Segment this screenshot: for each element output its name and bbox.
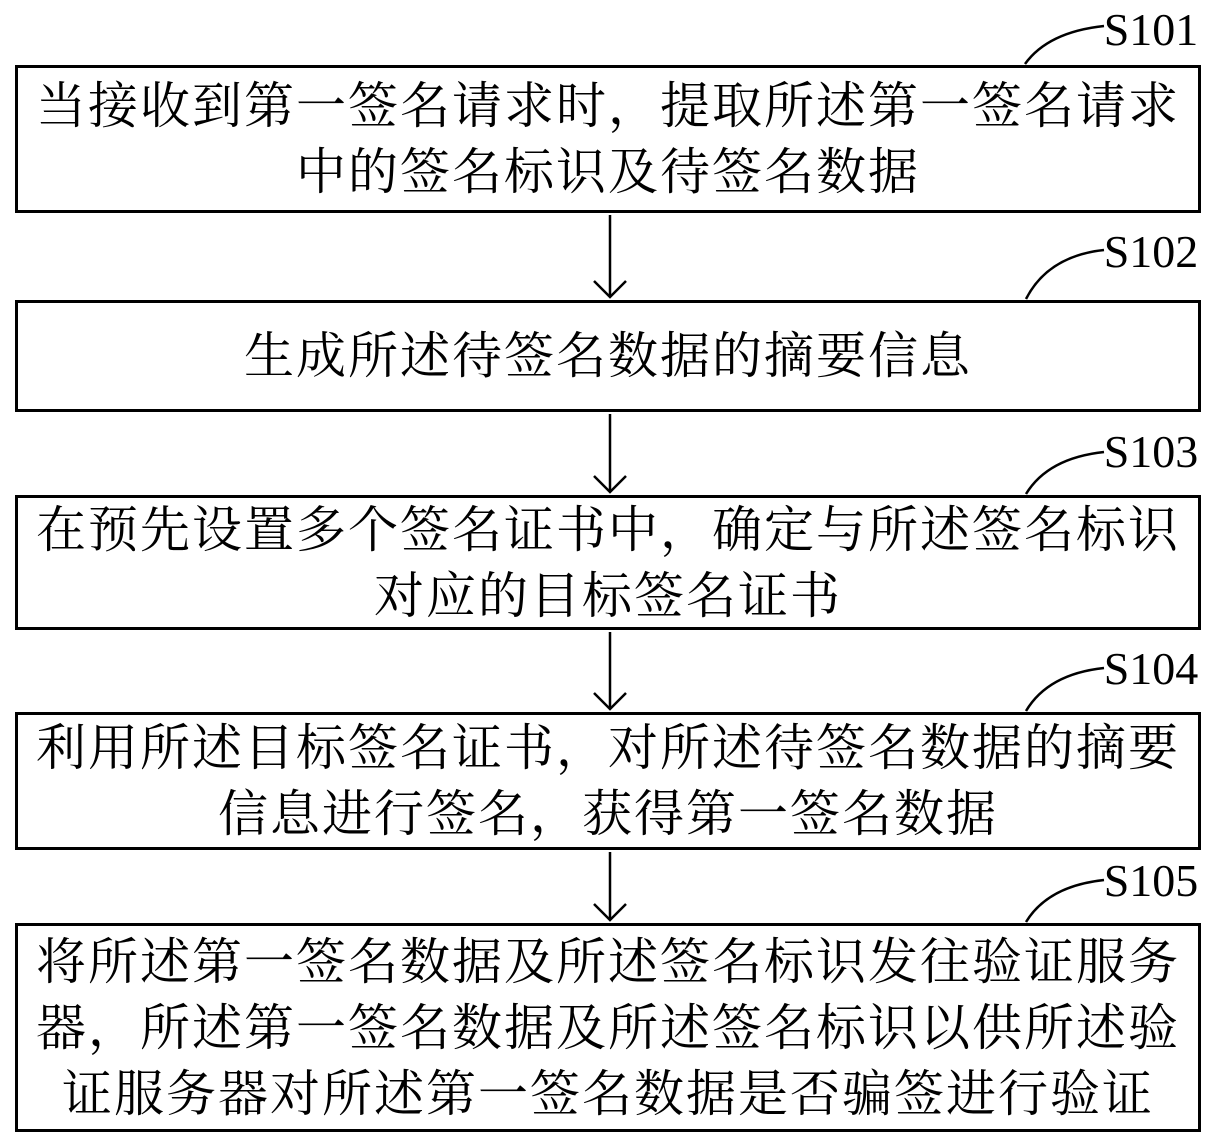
leader-line-s103 [1026, 452, 1104, 494]
step-text-line: 对应的目标签名证书 [374, 563, 842, 629]
leader-line-s104 [1026, 668, 1104, 711]
step-box-s103: 在预先设置多个签名证书中，确定与所述签名标识 对应的目标签名证书 [15, 495, 1201, 630]
step-text-line: 在预先设置多个签名证书中，确定与所述签名标识 [36, 497, 1180, 563]
down-arrow-2 [594, 414, 626, 492]
step-box-s104: 利用所述目标签名证书，对所述待签名数据的摘要 信息进行签名，获得第一签名数据 [15, 712, 1201, 850]
step-text-line: 信息进行签名，获得第一签名数据 [218, 781, 998, 847]
step-box-s105: 将所述第一签名数据及所述签名标识发往验证服务 器，所述第一签名数据及所述签名标识… [15, 923, 1201, 1132]
step-label-s102: S102 [1100, 229, 1202, 275]
step-text-line: 生成所述待签名数据的摘要信息 [244, 323, 972, 389]
step-label-s103: S103 [1100, 429, 1202, 475]
down-arrow-4 [594, 852, 626, 920]
step-text-line: 器，所述第一签名数据及所述签名标识以供所述验 [36, 995, 1180, 1061]
step-text-line: 当接收到第一签名请求时，提取所述第一签名请求 [36, 73, 1180, 139]
flowchart-figure: S101 S102 S103 S104 S105 当接收到第一签名请求时，提取所… [0, 0, 1217, 1139]
step-text-line: 将所述第一签名数据及所述签名标识发往验证服务 [36, 929, 1180, 995]
step-label-s104: S104 [1100, 646, 1202, 692]
step-text-line: 证服务器对所述第一签名数据是否骗签进行验证 [62, 1061, 1154, 1127]
down-arrow-3 [594, 632, 626, 709]
down-arrow-1 [594, 215, 626, 297]
step-text-line: 利用所述目标签名证书，对所述待签名数据的摘要 [36, 715, 1180, 781]
leader-line-s102 [1026, 250, 1104, 299]
leader-line-s101 [1025, 26, 1104, 64]
step-text-line: 中的签名标识及待签名数据 [296, 139, 920, 205]
step-box-s102: 生成所述待签名数据的摘要信息 [15, 300, 1201, 412]
step-label-s101: S101 [1100, 7, 1202, 53]
step-label-s105: S105 [1100, 858, 1202, 904]
step-box-s101: 当接收到第一签名请求时，提取所述第一签名请求 中的签名标识及待签名数据 [15, 65, 1201, 213]
leader-line-s105 [1026, 880, 1104, 922]
